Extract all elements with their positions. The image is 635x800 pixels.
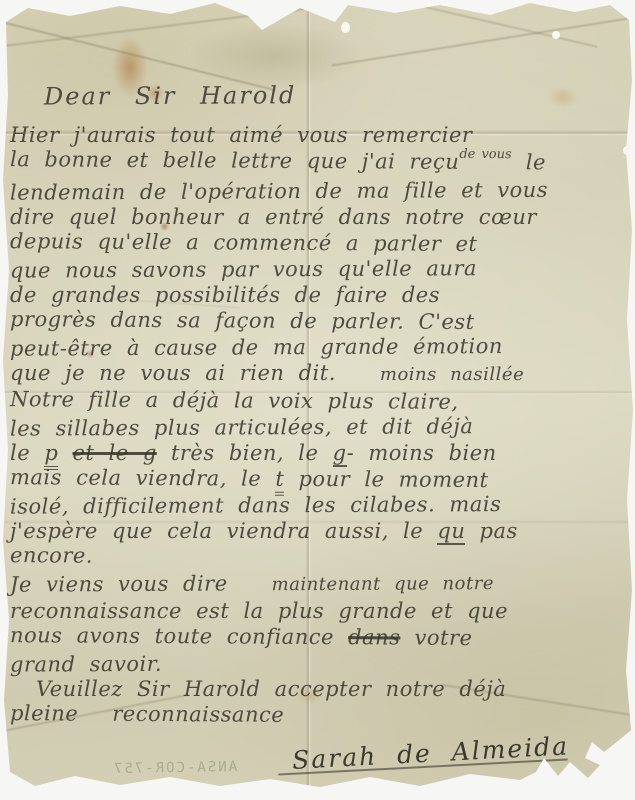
paper-hole — [341, 22, 350, 33]
line-text: votre — [400, 625, 472, 649]
crossed-out-text: et le g — [72, 441, 156, 465]
letter-line: mais cela viendra, le t pour le moment — [10, 464, 631, 494]
letter-line: le p et le g très bien, le g- moins bien — [10, 440, 631, 466]
letter-line: depuis qu'elle a commencé a parler et — [10, 228, 631, 258]
diagonal-crease — [382, 0, 597, 49]
line-text: reconnaissance — [112, 702, 284, 727]
letter-line: encore. — [10, 542, 631, 572]
letter-line: les sillabes plus articulées, et dit déj… — [10, 412, 631, 441]
line-text: de grandes possibilités de faire des — [10, 283, 440, 307]
line-text: que je ne vous ai rien dit. — [10, 361, 336, 385]
line-text: Hier j'aurais tout aimé vous remercier — [10, 123, 472, 147]
letter-line: isolé, difficilement dans les cilabes. m… — [10, 490, 631, 519]
line-text: - moins bien — [347, 441, 497, 465]
letter-paper: Dear Sir Harold Hier j'aurais tout aimé … — [0, 0, 635, 792]
line-text: maintenant que notre — [272, 573, 494, 595]
line-text: pour le moment — [284, 467, 488, 492]
line-text: reconnaissance est la plus grande et que — [10, 599, 508, 623]
letter-line: dire quel bonheur a entré dans notre cœu… — [10, 204, 631, 230]
paper-hole — [552, 31, 560, 39]
line-text: la bonne et belle lettre que j'ai reçu — [10, 147, 459, 174]
line-text: mais cela viendra, le — [10, 465, 276, 491]
line-text: les sillabes plus articulées, et dit déj… — [10, 414, 474, 440]
line-text: encore. — [10, 543, 93, 568]
letter-line: la bonne et belle lettre que j'ai reçude… — [10, 146, 631, 180]
letter-line: reconnaissance est la plus grande et que — [10, 598, 631, 624]
letter-line: lendemain de l'opération de ma fille et … — [10, 176, 631, 205]
line-text: dire quel bonheur a entré dans notre cœu… — [10, 205, 537, 229]
letter-line: Hier j'aurais tout aimé vous remercier — [10, 122, 631, 148]
letter-line: progrès dans sa façon de parler. C'est — [10, 306, 631, 336]
line-text: Notre fille a déjà la voix plus claire, — [10, 387, 459, 414]
letter-line: Je viens vous diremaintenant que notre — [10, 568, 631, 599]
letter-line: peut-être à cause de ma grande émotion — [10, 332, 631, 361]
letter-line: Veuillez Sir Harold accepter notre déjà — [36, 676, 631, 702]
underlined-letters: qu — [437, 519, 465, 545]
inserted-text-above-line: de vous — [459, 147, 511, 162]
letter-line: que nous savons par vous qu'elle aura — [10, 254, 631, 283]
scan-background: Dear Sir Harold Hier j'aurais tout aimé … — [0, 0, 635, 800]
line-text: pleine — [10, 701, 78, 725]
letter-line: pleinereconnaissance — [10, 700, 631, 730]
line-text: que nous savons par vous qu'elle aura — [10, 256, 477, 282]
line-text: le — [10, 441, 44, 465]
letter-salutation: Dear Sir Harold — [44, 80, 631, 109]
line-text: le — [512, 150, 546, 174]
letter-body: Dear Sir Harold Hier j'aurais tout aimé … — [10, 82, 631, 728]
line-text: Je viens vous dire — [10, 571, 228, 596]
crossed-out-text: dans — [348, 625, 400, 649]
underlined-letter: g — [333, 441, 347, 467]
line-text — [58, 441, 72, 465]
line-text: isolé, difficilement dans les cilabes. m… — [10, 492, 501, 519]
line-text: Veuillez Sir Harold accepter notre déjà — [36, 677, 506, 701]
line-text: très bien, le — [157, 441, 333, 465]
line-text: pas — [465, 519, 517, 543]
diagonal-crease — [332, 17, 629, 68]
shadow-blotch — [190, 24, 360, 88]
line-text: nous avons toute confiance — [10, 623, 348, 649]
marginal-note: moins nasillée — [380, 364, 524, 385]
line-text: grand savoir. — [10, 652, 162, 677]
letter-line: nous avons toute confiance dans votre — [10, 622, 631, 652]
diagonal-crease — [0, 7, 309, 50]
letter-line: grand savoir. — [10, 648, 631, 677]
archival-mark-mirrored: ANSA-COR-757 — [112, 759, 237, 777]
line-text: peut-être à cause de ma grande émotion — [10, 334, 503, 361]
line-text: progrès dans sa façon de parler. C'est — [10, 307, 475, 334]
letter-line: Notre fille a déjà la voix plus claire, — [10, 386, 631, 416]
line-text: j'espère que cela viendra aussi, le — [10, 519, 437, 543]
letter-line: que je ne vous ai rien dit.moins nasillé… — [10, 360, 631, 388]
letter-line: j'espère que cela viendra aussi, le qu p… — [10, 518, 631, 544]
line-text: depuis qu'elle a commencé a parler et — [10, 229, 478, 256]
letter-line: de grandes possibilités de faire des — [10, 282, 631, 308]
signature: Sarah de Almeida — [291, 730, 592, 775]
line-text: lendemain de l'opération de ma fille et … — [10, 178, 548, 205]
